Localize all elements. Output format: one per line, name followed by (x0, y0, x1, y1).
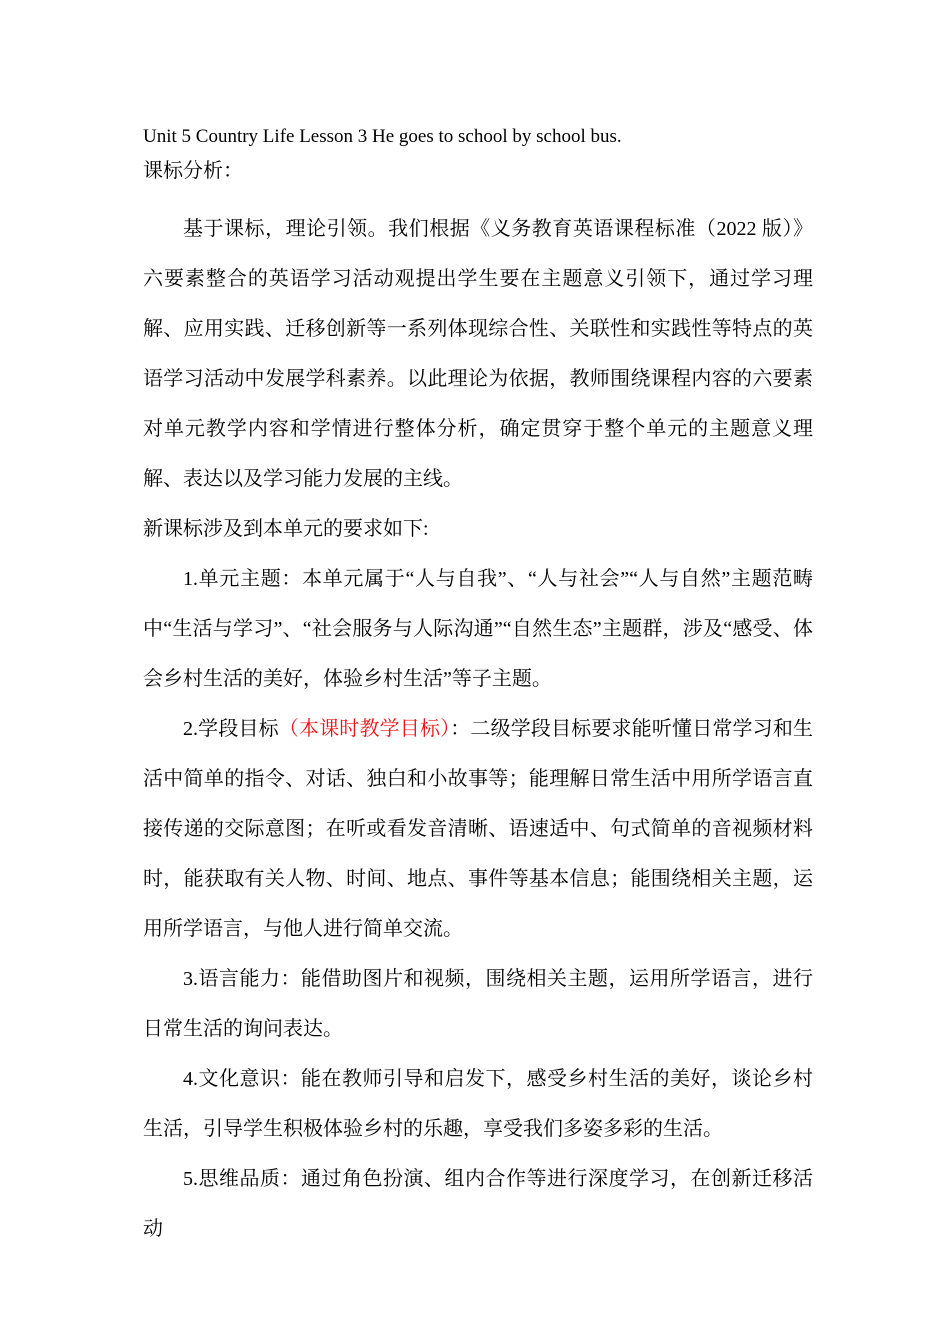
document-title: Unit 5 Country Life Lesson 3 He goes to … (143, 120, 813, 154)
paragraph-cultural-awareness: 4.文化意识：能在教师引导和启发下，感受乡村生活的美好，谈论乡村生活，引导学生积… (143, 1054, 813, 1154)
stage-goal-text-before: 2.学段目标 (183, 718, 279, 740)
stage-goal-text-after: ：二级学段目标要求能听懂日常学习和生活中简单的指令、对话、独白和小故事等；能理解… (143, 718, 813, 940)
paragraph-intro: 基于课标，理论引领。我们根据《义务教育英语课程标准（2022 版）》六要素整合的… (143, 204, 813, 504)
stage-goal-red-note: （本课时教学目标） (279, 718, 450, 740)
paragraph-language-ability: 3.语言能力：能借助图片和视频，围绕相关主题，运用所学语言，进行日常生活的询问表… (143, 954, 813, 1054)
paragraph-thinking-quality: 5.思维品质：通过角色扮演、组内合作等进行深度学习，在创新迁移活动 (143, 1154, 813, 1254)
document-body: 基于课标，理论引领。我们根据《义务教育英语课程标准（2022 版）》六要素整合的… (143, 204, 813, 1254)
paragraph-stage-goal: 2.学段目标（本课时教学目标）：二级学段目标要求能听懂日常学习和生活中简单的指令… (143, 704, 813, 954)
paragraph-unit-theme: 1.单元主题：本单元属于“人与自我”、“人与社会”“人与自然”主题范畴中“生活与… (143, 554, 813, 704)
paragraph-requirements-lead: 新课标涉及到本单元的要求如下: (143, 504, 813, 554)
section-heading-curriculum-analysis: 课标分析： (143, 154, 813, 188)
document-page: Unit 5 Country Life Lesson 3 He goes to … (0, 0, 950, 1344)
